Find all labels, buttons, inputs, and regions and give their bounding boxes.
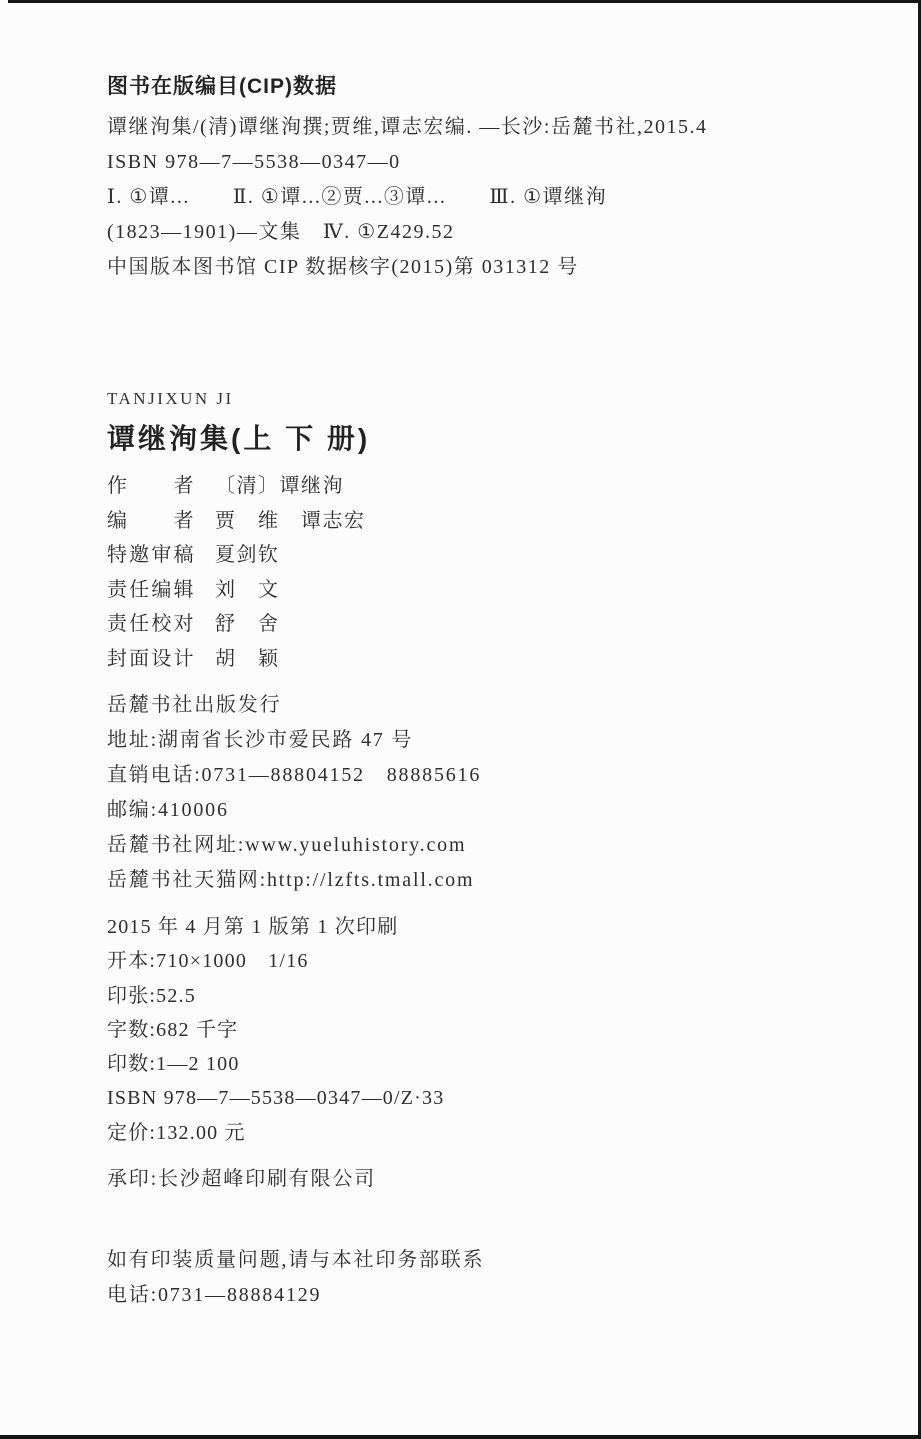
publisher-name: 岳麓书社出版发行 bbox=[107, 688, 861, 723]
copyright-page: 图书在版编目(CIP)数据 谭继洵集/(清)谭继洵撰;贾维,谭志宏编. —长沙:… bbox=[0, 0, 921, 1439]
quality-notice-block: 如有印装质量问题,请与本社印务部联系 电话:0731—88884129 bbox=[107, 1243, 861, 1313]
cip-line: 谭继洵集/(清)谭继洵撰;贾维,谭志宏编. —长沙:岳麓书社,2015.4 bbox=[107, 110, 861, 145]
title-block: TANJIXUN JI 谭继洵集(上 下 册) bbox=[107, 389, 861, 457]
format-line: 开本:710×1000 1/16 bbox=[107, 944, 861, 978]
staff-label: 责任校对 bbox=[107, 607, 195, 642]
staff-label: 责任编辑 bbox=[107, 573, 195, 608]
cip-classification-line: Ⅰ. ①谭... Ⅱ. ①谭...②贾...③谭... Ⅲ. ①谭继洵 bbox=[107, 180, 861, 215]
publisher-tmall-site: 岳麓书社天猫网:http://lzfts.tmall.com bbox=[107, 863, 861, 898]
printing-block: 2015 年 4 月第 1 版第 1 次印刷 开本:710×1000 1/16 … bbox=[107, 910, 861, 1150]
quality-notice-text: 如有印装质量问题,请与本社印务部联系 bbox=[107, 1243, 861, 1278]
edition-line: 2015 年 4 月第 1 版第 1 次印刷 bbox=[107, 910, 861, 944]
staff-row-cover-designer: 封面设计胡 颖 bbox=[107, 642, 861, 677]
staff-row-responsible-editor: 责任编辑刘 文 bbox=[107, 573, 861, 608]
scan-edge-bottom bbox=[0, 1435, 921, 1439]
publisher-block: 岳麓书社出版发行 地址:湖南省长沙市爱民路 47 号 直销电话:0731—888… bbox=[107, 688, 861, 898]
cip-isbn-line: ISBN 978—7—5538—0347—0 bbox=[107, 145, 861, 180]
cip-heading: 图书在版编目(CIP)数据 bbox=[107, 70, 861, 100]
cip-registry-line: 中国版本图书馆 CIP 数据核字(2015)第 031312 号 bbox=[107, 250, 861, 285]
scan-edge-top bbox=[8, 0, 921, 3]
cip-classification-line2: (1823—1901)—文集 Ⅳ. ①Z429.52 bbox=[107, 215, 861, 250]
cip-block: 图书在版编目(CIP)数据 谭继洵集/(清)谭继洵撰;贾维,谭志宏编. —长沙:… bbox=[107, 70, 861, 285]
quality-notice-phone: 电话:0731—88884129 bbox=[107, 1278, 861, 1313]
staff-label: 封面设计 bbox=[107, 642, 195, 677]
staff-value: 贾 维 谭志宏 bbox=[215, 504, 366, 539]
publisher-postcode: 邮编:410006 bbox=[107, 793, 861, 828]
staff-label: 特邀审稿 bbox=[107, 538, 195, 573]
staff-list: 作者〔清〕谭继洵 编者贾 维 谭志宏 特邀审稿夏剑钦 责任编辑刘 文 责任校对舒… bbox=[107, 469, 861, 676]
staff-row-editor: 编者贾 维 谭志宏 bbox=[107, 504, 861, 539]
publisher-address: 地址:湖南省长沙市爱民路 47 号 bbox=[107, 723, 861, 758]
printer-line: 承印:长沙超峰印刷有限公司 bbox=[107, 1162, 861, 1197]
staff-value: 〔清〕谭继洵 bbox=[215, 469, 344, 504]
isbn-line: ISBN 978—7—5538—0347—0/Z·33 bbox=[107, 1081, 861, 1115]
staff-label: 编者 bbox=[107, 504, 195, 539]
price-line: 定价:132.00 元 bbox=[107, 1116, 861, 1150]
print-run-line: 印数:1—2 100 bbox=[107, 1047, 861, 1081]
staff-row-author: 作者〔清〕谭继洵 bbox=[107, 469, 861, 504]
page-content: 图书在版编目(CIP)数据 谭继洵集/(清)谭继洵撰;贾维,谭志宏编. —长沙:… bbox=[107, 70, 861, 1313]
staff-value: 胡 颖 bbox=[215, 642, 280, 677]
book-title: 谭继洵集(上 下 册) bbox=[107, 417, 861, 457]
publisher-website: 岳麓书社网址:www.yueluhistory.com bbox=[107, 828, 861, 863]
publisher-sales-phone: 直销电话:0731—88804152 88885616 bbox=[107, 758, 861, 793]
staff-value: 刘 文 bbox=[215, 573, 280, 608]
staff-value: 夏剑钦 bbox=[215, 538, 280, 573]
staff-label: 作者 bbox=[107, 469, 195, 504]
staff-row-invited-reviewer: 特邀审稿夏剑钦 bbox=[107, 538, 861, 573]
sheets-line: 印张:52.5 bbox=[107, 979, 861, 1013]
pinyin-title: TANJIXUN JI bbox=[107, 389, 861, 409]
word-count-line: 字数:682 千字 bbox=[107, 1013, 861, 1047]
staff-row-proofreader: 责任校对舒 舍 bbox=[107, 607, 861, 642]
staff-value: 舒 舍 bbox=[215, 607, 280, 642]
